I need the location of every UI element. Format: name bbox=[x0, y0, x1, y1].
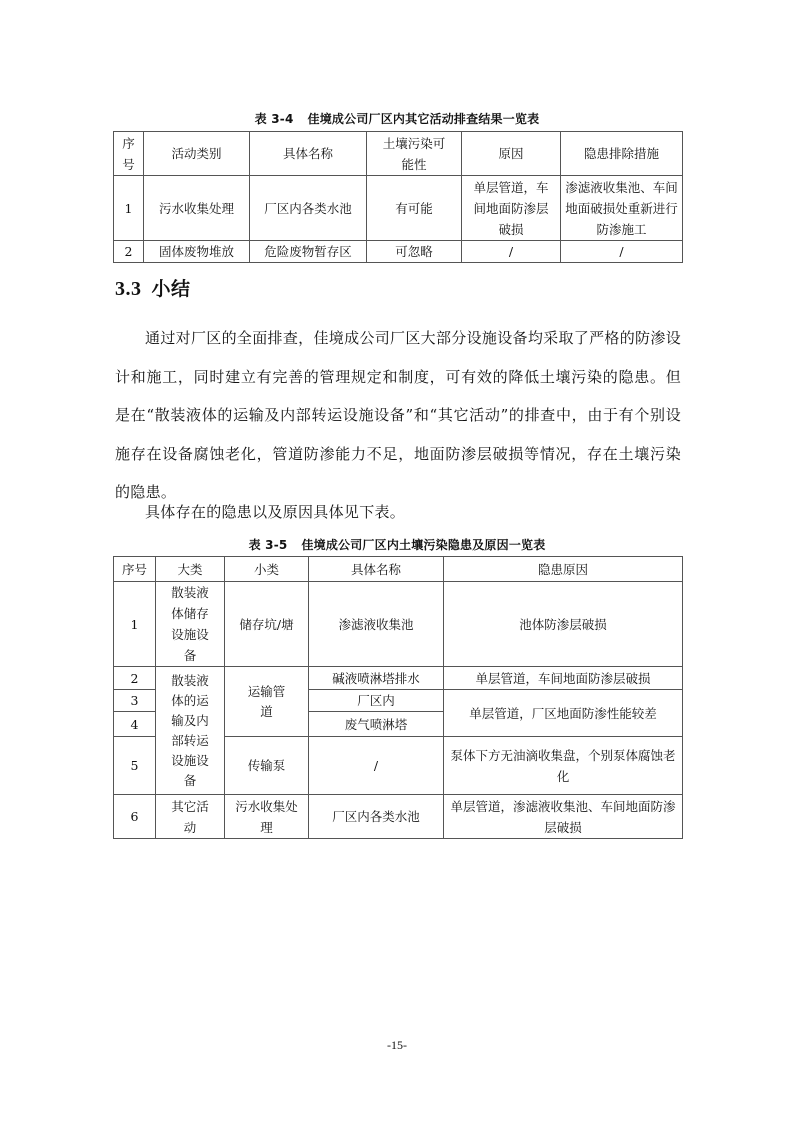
table-cell: 1 bbox=[114, 582, 156, 667]
table-cell: 散装液体储存设施设备 bbox=[156, 582, 225, 667]
table-cell: 渗滤液收集池 bbox=[309, 582, 444, 667]
section-heading: 3.3小结 bbox=[115, 274, 191, 301]
page-number: -15- bbox=[0, 1038, 794, 1053]
table-cell: 储存坑/塘 bbox=[225, 582, 309, 667]
section-number: 3.3 bbox=[115, 278, 142, 300]
table-cell: / bbox=[462, 241, 561, 263]
table-cell: 废气喷淋塔 bbox=[309, 712, 444, 737]
header-cell: 具体名称 bbox=[250, 132, 367, 176]
table-cell: 其它活动 bbox=[156, 795, 225, 839]
header-cell: 具体名称 bbox=[309, 557, 444, 582]
table-row: 2 散装液体的运输及内部转运设施设备 运输管道 碱液喷淋塔排水 单层管道，车间地… bbox=[114, 667, 683, 690]
header-cell: 小类 bbox=[225, 557, 309, 582]
table-cell: 泵体下方无油滴收集盘，个别泵体腐蚀老化 bbox=[444, 737, 683, 795]
table-cell: 1 bbox=[114, 176, 144, 241]
table-3-4: 序号 活动类别 具体名称 土壤污染可能性 原因 隐患排除措施 1 污水收集处理 … bbox=[113, 131, 683, 263]
table-3-4-caption-number: 表 3-4 bbox=[255, 112, 294, 126]
table-cell: 碱液喷淋塔排水 bbox=[309, 667, 444, 690]
table-cell: 可忽略 bbox=[367, 241, 462, 263]
table-cell: / bbox=[561, 241, 683, 263]
table-row: 1 污水收集处理 厂区内各类水池 有可能 单层管道，车间地面防渗层破损 渗滤液收… bbox=[114, 176, 683, 241]
table-cell: 渗滤液收集池、车间地面破损处重新进行防渗施工 bbox=[561, 176, 683, 241]
table-cell: 厂区内各类水池 bbox=[309, 795, 444, 839]
header-cell: 序号 bbox=[114, 132, 144, 176]
header-cell: 土壤污染可能性 bbox=[367, 132, 462, 176]
table-cell: 厂区内各类水池 bbox=[250, 176, 367, 241]
table-3-5: 序号 大类 小类 具体名称 隐患原因 1 散装液体储存设施设备 储存坑/塘 渗滤… bbox=[113, 556, 683, 839]
table-cell: 6 bbox=[114, 795, 156, 839]
table-cell: 单层管道，车间地面防渗层破损 bbox=[444, 667, 683, 690]
table-row: 6 其它活动 污水收集处理 厂区内各类水池 单层管道，渗滤液收集池、车间地面防渗… bbox=[114, 795, 683, 839]
header-cell: 隐患原因 bbox=[444, 557, 683, 582]
table-cell: 固体废物堆放 bbox=[144, 241, 250, 263]
table-cell: 厂区内 bbox=[309, 690, 444, 712]
table-cell: 3 bbox=[114, 690, 156, 712]
table-cell: 危险废物暂存区 bbox=[250, 241, 367, 263]
table-cell: 传输泵 bbox=[225, 737, 309, 795]
table-cell: 5 bbox=[114, 737, 156, 795]
table-cell: 池体防渗层破损 bbox=[444, 582, 683, 667]
table-cell: 2 bbox=[114, 667, 156, 690]
table-3-4-caption-title: 佳境成公司厂区内其它活动排查结果一览表 bbox=[308, 112, 540, 126]
table-header-row: 序号 大类 小类 具体名称 隐患原因 bbox=[114, 557, 683, 582]
header-cell: 原因 bbox=[462, 132, 561, 176]
table-cell: 运输管道 bbox=[225, 667, 309, 737]
table-cell: 4 bbox=[114, 712, 156, 737]
table-cell: 单层管道，车间地面防渗层破损 bbox=[462, 176, 561, 241]
table-cell: / bbox=[309, 737, 444, 795]
table-header-row: 序号 活动类别 具体名称 土壤污染可能性 原因 隐患排除措施 bbox=[114, 132, 683, 176]
summary-paragraph: 通过对厂区的全面排查，佳境成公司厂区大部分设施设备均采取了严格的防渗设计和施工，… bbox=[115, 319, 681, 512]
table-cell: 2 bbox=[114, 241, 144, 263]
table-row: 1 散装液体储存设施设备 储存坑/塘 渗滤液收集池 池体防渗层破损 bbox=[114, 582, 683, 667]
reference-paragraph: 具体存在的隐患以及原因具体见下表。 bbox=[115, 493, 681, 532]
table-3-4-caption: 表 3-4佳境成公司厂区内其它活动排查结果一览表 bbox=[0, 110, 794, 127]
table-3-5-caption: 表 3-5佳境成公司厂区内土壤污染隐患及原因一览表 bbox=[0, 536, 794, 553]
table-cell: 单层管道，厂区地面防渗性能较差 bbox=[444, 690, 683, 737]
table-cell: 污水收集处理 bbox=[144, 176, 250, 241]
table-3-5-caption-title: 佳境成公司厂区内土壤污染隐患及原因一览表 bbox=[301, 538, 545, 552]
header-cell: 隐患排除措施 bbox=[561, 132, 683, 176]
header-cell: 大类 bbox=[156, 557, 225, 582]
section-title: 小结 bbox=[152, 278, 191, 300]
header-cell: 序号 bbox=[114, 557, 156, 582]
table-cell: 单层管道，渗滤液收集池、车间地面防渗层破损 bbox=[444, 795, 683, 839]
table-row: 2 固体废物堆放 危险废物暂存区 可忽略 / / bbox=[114, 241, 683, 263]
table-cell: 有可能 bbox=[367, 176, 462, 241]
table-cell: 散装液体的运输及内部转运设施设备 bbox=[156, 667, 225, 795]
table-3-5-caption-number: 表 3-5 bbox=[249, 538, 288, 552]
table-cell: 污水收集处理 bbox=[225, 795, 309, 839]
header-cell: 活动类别 bbox=[144, 132, 250, 176]
